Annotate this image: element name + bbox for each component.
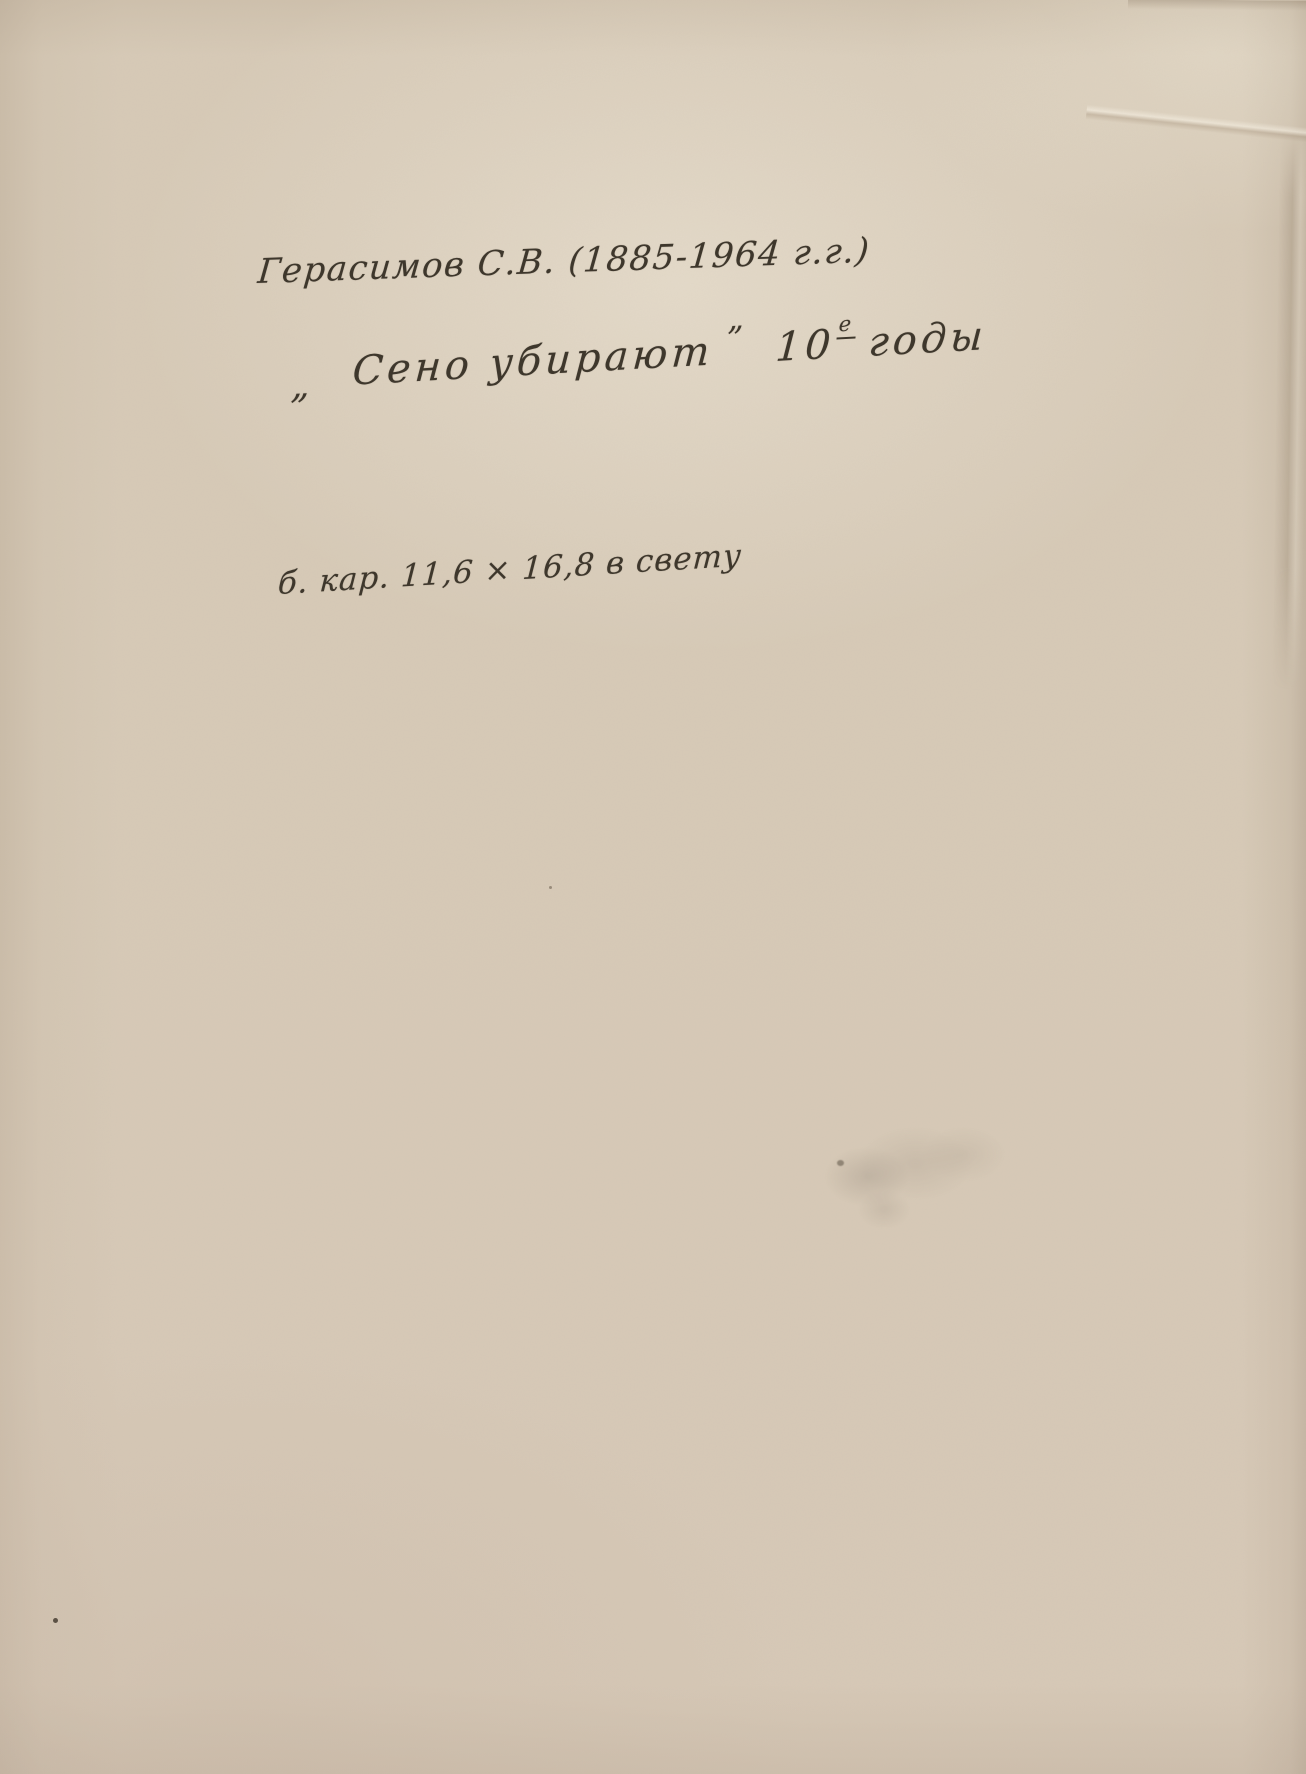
artwork-verso-photo: Герасимов С.В. (1885-1964 г.г.) „Сено уб… [0, 0, 1306, 1774]
closing-quote: ” [725, 318, 748, 357]
opening-quote: „ [290, 365, 315, 407]
artwork-title: Сено убирают [351, 328, 715, 394]
inscription-medium-size-line: б. кар. 11,6 × 16,8 в свету [277, 538, 743, 603]
inscription-title-line: „Сено убирают”10егоды [290, 313, 988, 398]
decade-ordinal-suffix: е [837, 312, 857, 340]
years-word: годы [867, 313, 988, 366]
decade-number: 10 [774, 322, 836, 372]
inscription-artist-dates-line: Герасимов С.В. (1885-1964 г.г.) [256, 231, 872, 293]
decade: 10е [774, 320, 856, 371]
inscription: Герасимов С.В. (1885-1964 г.г.) „Сено уб… [0, 0, 1306, 1774]
